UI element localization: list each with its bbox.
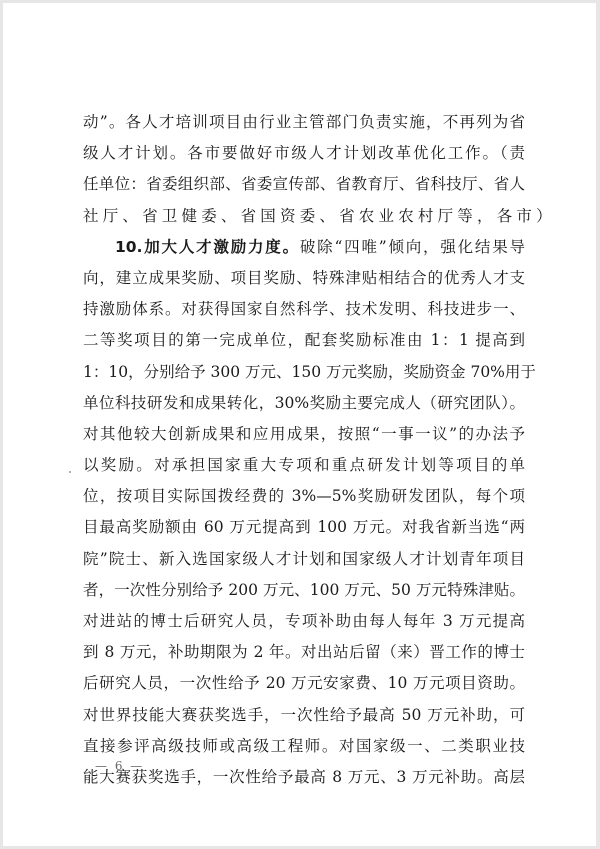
text-line: 对进站的博士后研究人员，专项补助由每人每年 3 万元提高 — [83, 606, 525, 637]
text-line: 动”。各人才培训项目由行业主管部门负责实施，不再列为省 — [83, 107, 525, 138]
scan-speck — [69, 471, 71, 473]
text-line: 目最高奖励额由 60 万元提高到 100 万元。对我省新当选“两 — [83, 512, 525, 543]
page-number: — 6 — — [95, 759, 144, 773]
text-line: 1：10，分别给予 300 万元、150 万元奖励，奖励资金 70%用于 — [83, 357, 525, 388]
text-line: 持激励体系。对获得国家自然科学、技术发明、科技进步一、 — [83, 294, 525, 325]
text-line: 后研究人员，一次性给予 20 万元安家费、10 万元项目资助。 — [83, 668, 525, 699]
section-heading: 10.加大人才激励力度。 — [115, 238, 300, 256]
text-line: 直接参评高级技师或高级工程师。对国家级一、二类职业技 — [83, 731, 525, 762]
text-line: 级人才计划。各市要做好市级人才计划改革优化工作。（责 — [83, 138, 525, 169]
text-line: 能大赛获奖选手，一次性给予最高 8 万元、3 万元补助。高层 — [83, 762, 525, 793]
section-heading-line: 10.加大人才激励力度。破除“四唯”倾向，强化结果导 — [83, 232, 525, 263]
text-line: 社厅、省卫健委、省国资委、省农业农村厅等，各市） — [83, 201, 525, 232]
text-line: 二等奖项目的第一完成单位，配套奖励标准由 1：1 提高到 — [83, 325, 525, 356]
text-line: 对世界技能大赛获奖选手，一次性给予最高 50 万元补助，可 — [83, 700, 525, 731]
text-line: 破除“四唯”倾向，强化结果导 — [300, 238, 525, 256]
text-line: 任单位：省委组织部、省委宣传部、省教育厅、省科技厅、省人 — [83, 169, 525, 200]
text-line: 向，建立成果奖励、项目奖励、特殊津贴相结合的优秀人才支 — [83, 263, 525, 294]
document-page: 动”。各人才培训项目由行业主管部门负责实施，不再列为省 级人才计划。各市要做好市… — [3, 3, 596, 846]
text-line: 院”院士、新入选国家级人才计划和国家级人才计划青年项目 — [83, 544, 525, 575]
text-line: 位，按项目实际国拨经费的 3%—5%奖励研发团队，每个项 — [83, 481, 525, 512]
text-line: 对其他较大创新成果和应用成果，按照“一事一议”的办法予 — [83, 419, 525, 450]
text-line: 以奖励。对承担国家重大专项和重点研发计划等项目的单 — [83, 450, 525, 481]
text-line: 到 8 万元，补助期限为 2 年。对出站后留（来）晋工作的博士 — [83, 637, 525, 668]
text-line: 者，一次性分别给予 200 万元、100 万元、50 万元特殊津贴。 — [83, 575, 525, 606]
text-line: 单位科技研发和成果转化，30%奖励主要完成人（研究团队）。 — [83, 388, 525, 419]
body-text: 动”。各人才培训项目由行业主管部门负责实施，不再列为省 级人才计划。各市要做好市… — [83, 107, 525, 793]
